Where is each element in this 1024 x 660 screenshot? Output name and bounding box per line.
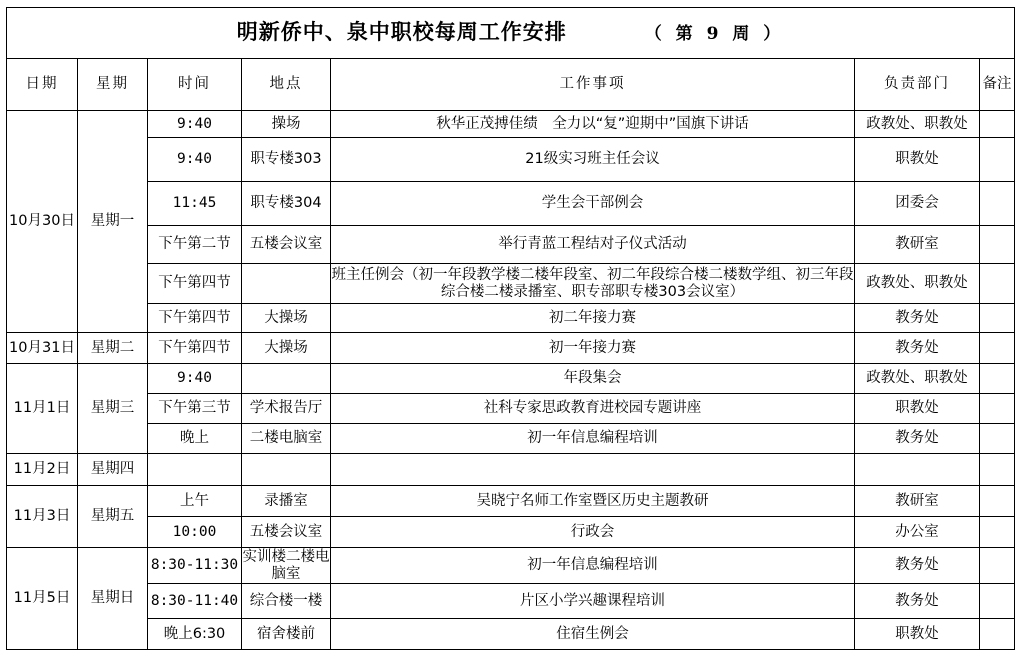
department-cell xyxy=(855,454,980,486)
location-cell: 职专楼304 xyxy=(242,182,331,226)
task-cell: 初一年信息编程培训 xyxy=(331,424,855,454)
date-cell: 11月5日 xyxy=(7,548,78,650)
table-row: 晚上 二楼电脑室 初一年信息编程培训 教务处 xyxy=(7,424,1015,454)
time-cell: 晚上6:30 xyxy=(148,619,242,650)
title-row: 明新侨中、泉中职校每周工作安排（ 第 9 周 ） xyxy=(7,8,1015,59)
time-cell: 9:40 xyxy=(148,111,242,138)
time-cell: 上午 xyxy=(148,486,242,517)
header-weekday: 星期 xyxy=(78,59,148,111)
table-row: 下午第三节 学术报告厅 社科专家思政教育进校园专题讲座 职教处 xyxy=(7,394,1015,424)
task-cell: 学生会干部例会 xyxy=(331,182,855,226)
table-row: 10月31日 星期二 下午第四节 大操场 初一年接力赛 教务处 xyxy=(7,333,1015,364)
task-cell: 行政会 xyxy=(331,517,855,548)
time-cell: 9:40 xyxy=(148,138,242,182)
time-cell: 下午第二节 xyxy=(148,226,242,264)
department-cell: 教务处 xyxy=(855,424,980,454)
department-cell: 教研室 xyxy=(855,486,980,517)
weekday-cell: 星期日 xyxy=(78,548,148,650)
department-cell: 政教处、职教处 xyxy=(855,264,980,304)
date-cell: 11月1日 xyxy=(7,364,78,454)
location-cell xyxy=(242,454,331,486)
header-note: 备注 xyxy=(980,59,1015,111)
location-cell xyxy=(242,264,331,304)
table-row: 11:45 职专楼304 学生会干部例会 团委会 xyxy=(7,182,1015,226)
date-cell: 10月31日 xyxy=(7,333,78,364)
table-row: 下午第四节 班主任例会（初一年段教学楼二楼年段室、初二年段综合楼二楼数学组、初三… xyxy=(7,264,1015,304)
task-cell: 年段集会 xyxy=(331,364,855,394)
header-department: 负责部门 xyxy=(855,59,980,111)
table-row: 11月5日 星期日 8:30-11:30 实训楼二楼电脑室 初一年信息编程培训 … xyxy=(7,548,1015,584)
header-row: 日期 星期 时间 地点 工作事项 负责部门 备注 xyxy=(7,59,1015,111)
department-cell: 职教处 xyxy=(855,138,980,182)
note-cell xyxy=(980,394,1015,424)
time-cell: 9:40 xyxy=(148,364,242,394)
time-cell: 10:00 xyxy=(148,517,242,548)
table-row: 10:00 五楼会议室 行政会 办公室 xyxy=(7,517,1015,548)
table-row: 下午第二节 五楼会议室 举行青蓝工程结对子仪式活动 教研室 xyxy=(7,226,1015,264)
week-label: （ 第 9 周 ） xyxy=(645,24,785,44)
note-cell xyxy=(980,548,1015,584)
location-cell: 操场 xyxy=(242,111,331,138)
department-cell: 教务处 xyxy=(855,584,980,619)
department-cell: 政教处、职教处 xyxy=(855,364,980,394)
note-cell xyxy=(980,486,1015,517)
time-cell: 11:45 xyxy=(148,182,242,226)
task-cell xyxy=(331,454,855,486)
location-cell: 宿舍楼前 xyxy=(242,619,331,650)
location-cell: 学术报告厅 xyxy=(242,394,331,424)
time-cell: 8:30-11:40 xyxy=(148,584,242,619)
header-task: 工作事项 xyxy=(331,59,855,111)
department-cell: 职教处 xyxy=(855,394,980,424)
note-cell xyxy=(980,111,1015,138)
weekday-cell: 星期五 xyxy=(78,486,148,548)
location-cell: 五楼会议室 xyxy=(242,517,331,548)
location-cell: 录播室 xyxy=(242,486,331,517)
weekday-cell: 星期一 xyxy=(78,111,148,333)
task-cell: 初一年接力赛 xyxy=(331,333,855,364)
department-cell: 教务处 xyxy=(855,548,980,584)
note-cell xyxy=(980,264,1015,304)
table-row: 9:40 职专楼303 21级实习班主任会议 职教处 xyxy=(7,138,1015,182)
location-cell: 综合楼一楼 xyxy=(242,584,331,619)
date-cell: 11月2日 xyxy=(7,454,78,486)
location-cell: 大操场 xyxy=(242,333,331,364)
department-cell: 教务处 xyxy=(855,333,980,364)
date-cell: 10月30日 xyxy=(7,111,78,333)
note-cell xyxy=(980,619,1015,650)
weekday-cell: 星期三 xyxy=(78,364,148,454)
title-text: 明新侨中、泉中职校每周工作安排 xyxy=(237,19,567,44)
location-cell: 大操场 xyxy=(242,304,331,333)
location-cell: 职专楼303 xyxy=(242,138,331,182)
table-row: 10月30日 星期一 9:40 操场 秋华正茂搏佳绩 全力以“复”迎期中”国旗下… xyxy=(7,111,1015,138)
task-cell: 初二年接力赛 xyxy=(331,304,855,333)
time-cell: 下午第四节 xyxy=(148,304,242,333)
department-cell: 职教处 xyxy=(855,619,980,650)
header-time: 时间 xyxy=(148,59,242,111)
weekday-cell: 星期二 xyxy=(78,333,148,364)
note-cell xyxy=(980,333,1015,364)
task-cell: 片区小学兴趣课程培训 xyxy=(331,584,855,619)
time-cell: 8:30-11:30 xyxy=(148,548,242,584)
task-cell: 社科专家思政教育进校园专题讲座 xyxy=(331,394,855,424)
table-row: 11月1日 星期三 9:40 年段集会 政教处、职教处 xyxy=(7,364,1015,394)
department-cell: 办公室 xyxy=(855,517,980,548)
time-cell: 下午第四节 xyxy=(148,264,242,304)
note-cell xyxy=(980,182,1015,226)
note-cell xyxy=(980,304,1015,333)
task-cell: 班主任例会（初一年段教学楼二楼年段室、初二年段综合楼二楼数学组、初三年段综合楼二… xyxy=(331,264,855,304)
task-cell: 举行青蓝工程结对子仪式活动 xyxy=(331,226,855,264)
task-cell: 住宿生例会 xyxy=(331,619,855,650)
weekly-schedule-table: 明新侨中、泉中职校每周工作安排（ 第 9 周 ） 日期 星期 时间 地点 工作事… xyxy=(6,7,1015,650)
document-title: 明新侨中、泉中职校每周工作安排（ 第 9 周 ） xyxy=(7,8,1015,59)
table-row: 11月2日 星期四 xyxy=(7,454,1015,486)
time-cell xyxy=(148,454,242,486)
location-cell xyxy=(242,364,331,394)
location-cell: 实训楼二楼电脑室 xyxy=(242,548,331,584)
table-row: 晚上6:30 宿舍楼前 住宿生例会 职教处 xyxy=(7,619,1015,650)
table-row: 11月3日 星期五 上午 录播室 吴晓宁名师工作室暨区历史主题教研 教研室 xyxy=(7,486,1015,517)
note-cell xyxy=(980,584,1015,619)
time-cell: 下午第四节 xyxy=(148,333,242,364)
task-cell: 秋华正茂搏佳绩 全力以“复”迎期中”国旗下讲话 xyxy=(331,111,855,138)
note-cell xyxy=(980,517,1015,548)
time-cell: 下午第三节 xyxy=(148,394,242,424)
weekday-cell: 星期四 xyxy=(78,454,148,486)
note-cell xyxy=(980,138,1015,182)
table-row: 下午第四节 大操场 初二年接力赛 教务处 xyxy=(7,304,1015,333)
note-cell xyxy=(980,226,1015,264)
department-cell: 团委会 xyxy=(855,182,980,226)
task-cell: 21级实习班主任会议 xyxy=(331,138,855,182)
header-location: 地点 xyxy=(242,59,331,111)
task-cell: 吴晓宁名师工作室暨区历史主题教研 xyxy=(331,486,855,517)
header-date: 日期 xyxy=(7,59,78,111)
note-cell xyxy=(980,364,1015,394)
department-cell: 政教处、职教处 xyxy=(855,111,980,138)
department-cell: 教研室 xyxy=(855,226,980,264)
department-cell: 教务处 xyxy=(855,304,980,333)
location-cell: 二楼电脑室 xyxy=(242,424,331,454)
note-cell xyxy=(980,454,1015,486)
time-cell: 晚上 xyxy=(148,424,242,454)
location-cell: 五楼会议室 xyxy=(242,226,331,264)
date-cell: 11月3日 xyxy=(7,486,78,548)
table-row: 8:30-11:40 综合楼一楼 片区小学兴趣课程培训 教务处 xyxy=(7,584,1015,619)
note-cell xyxy=(980,424,1015,454)
task-cell: 初一年信息编程培训 xyxy=(331,548,855,584)
